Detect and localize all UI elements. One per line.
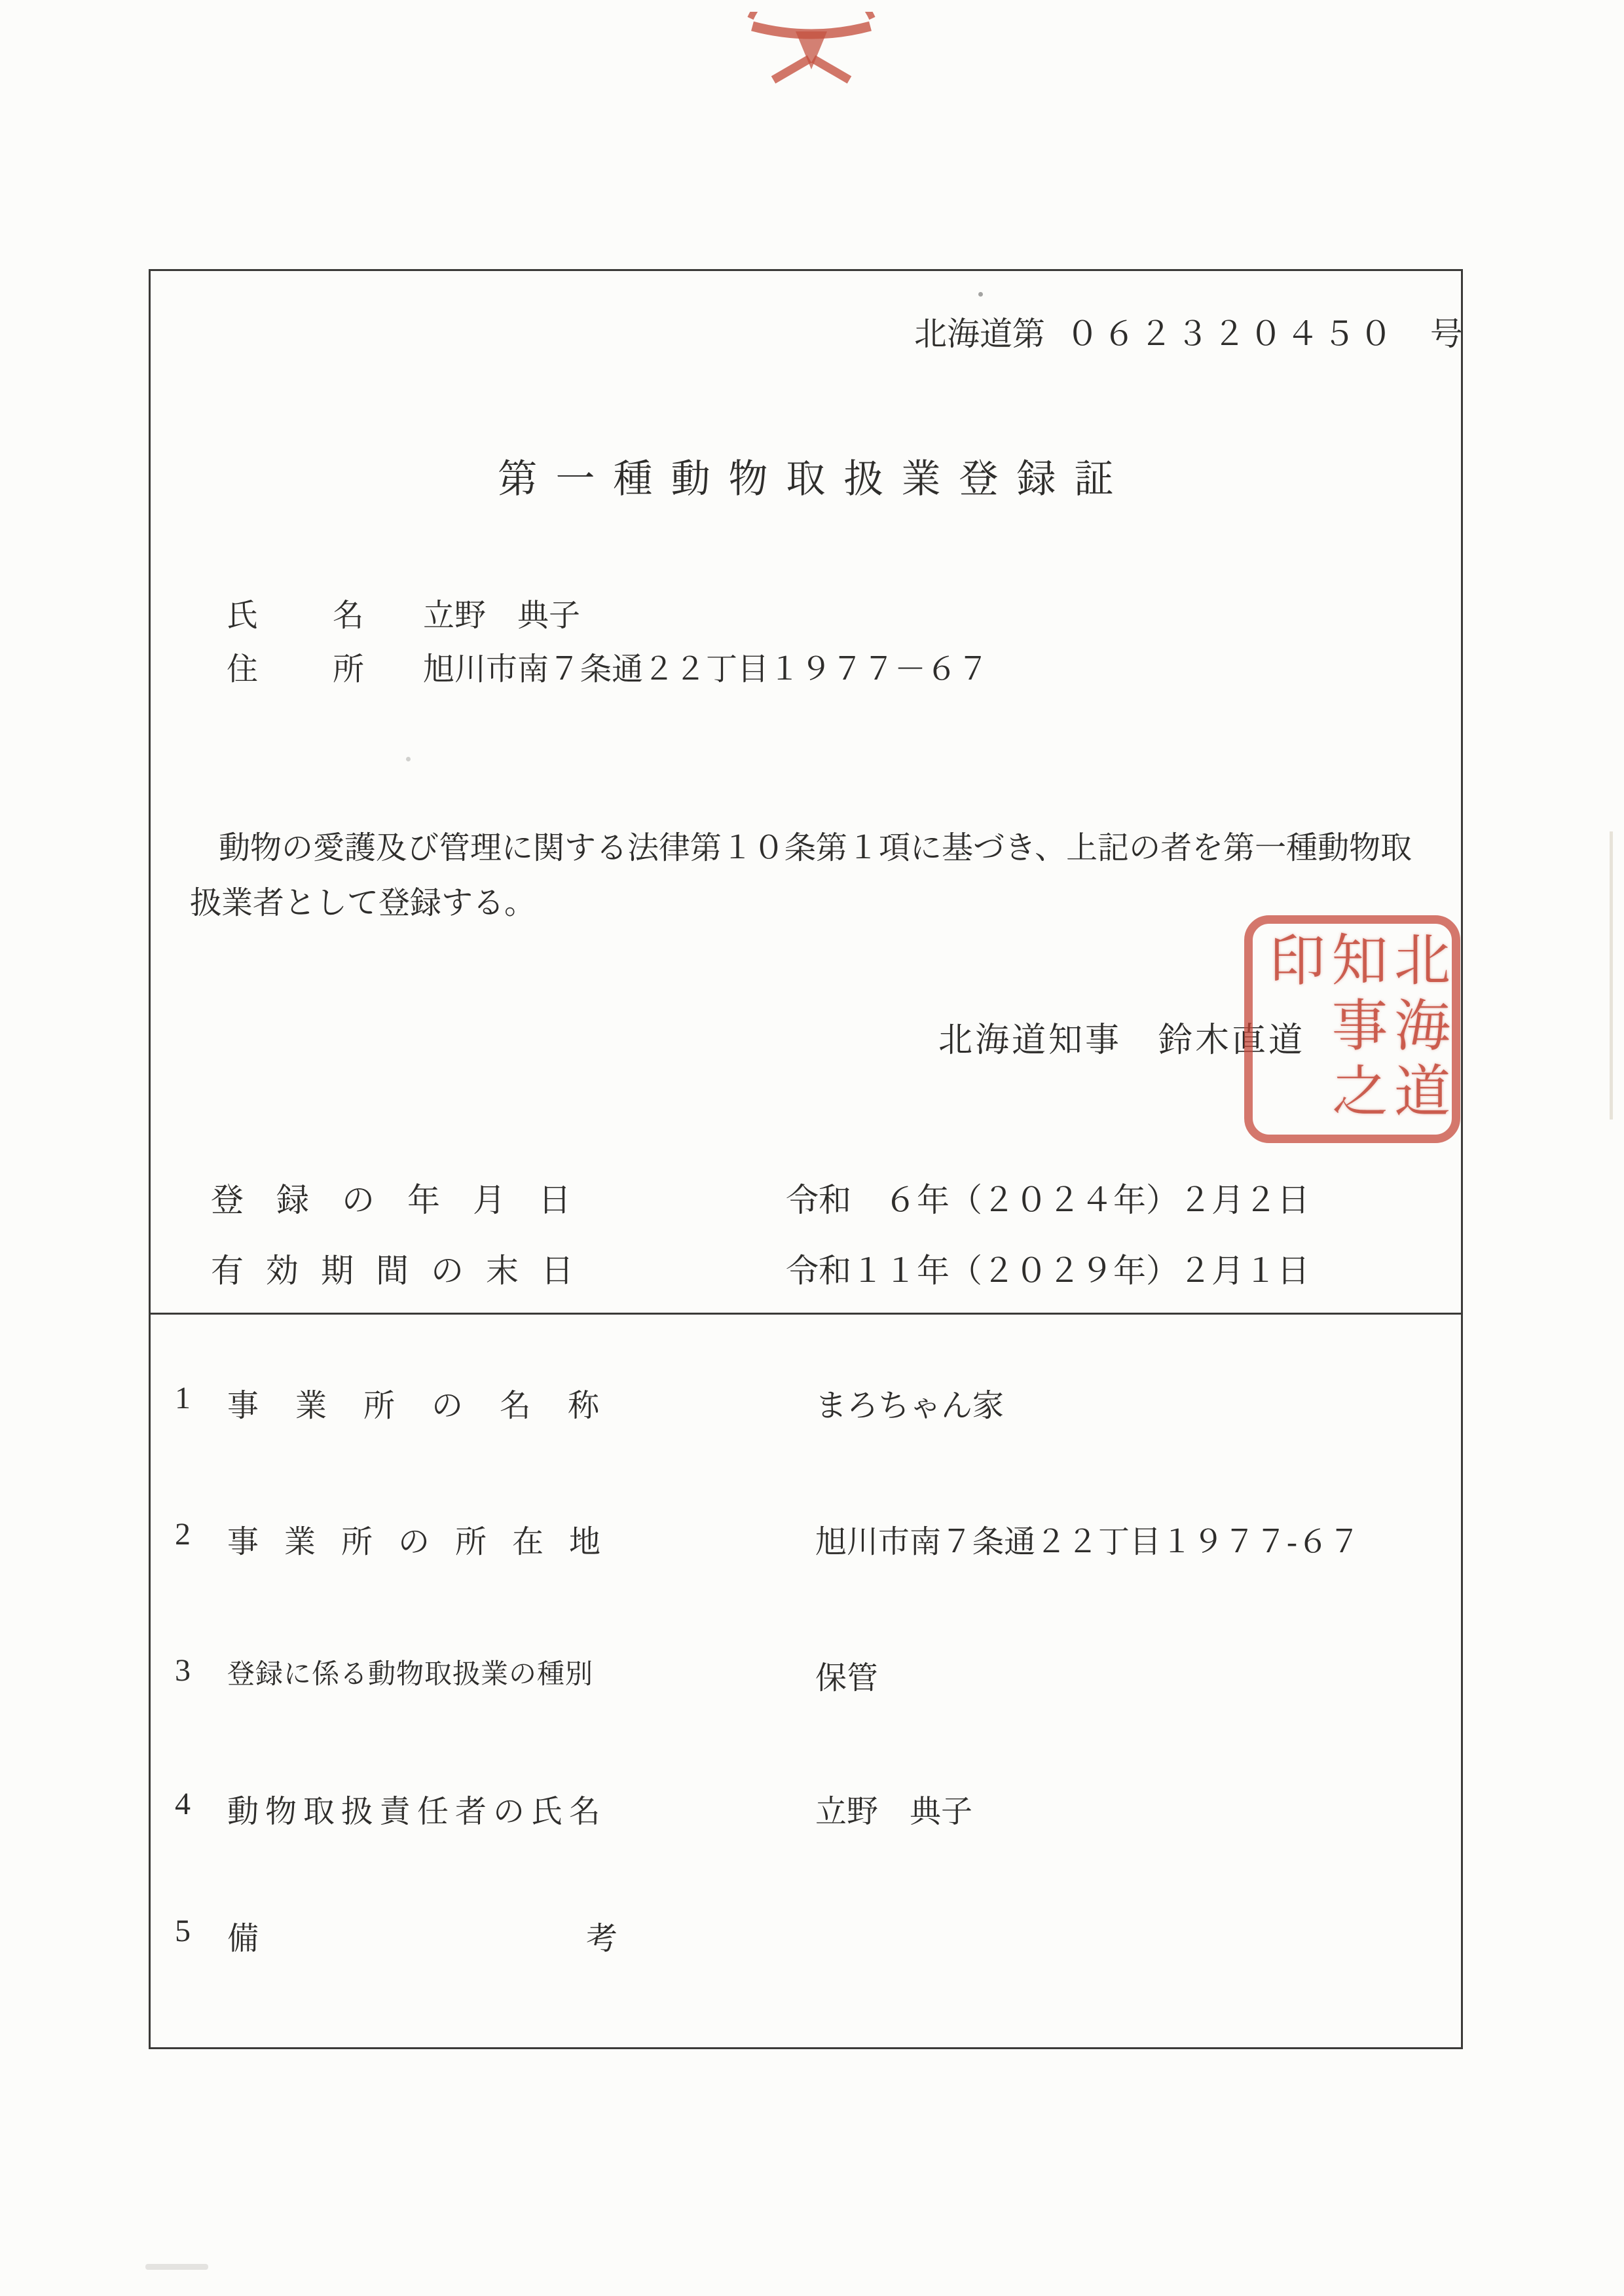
registration-date-value: 令和 ６年（２０２４年）２月２日 <box>786 1174 1310 1221</box>
item-2-value: 旭川市南７条通２２丁目１９７７-６７ <box>815 1516 1360 1561</box>
certificate-border <box>149 269 1463 2049</box>
item-1-number: 1 <box>175 1380 191 1416</box>
item-4-number: 4 <box>175 1786 191 1822</box>
document-number-region: 北海道第 <box>914 308 1045 355</box>
item-3-number: 3 <box>175 1652 191 1688</box>
name-value: 立野 典子 <box>423 590 580 635</box>
address-label-char-1: 住 <box>227 644 258 689</box>
hokkaido-emblem-stamp <box>747 12 876 120</box>
item-3-label: 登録に係る動物取扱業の種別 <box>227 1652 593 1692</box>
scan-edge-artifact <box>1610 831 1613 1120</box>
registration-date-label: 登録の年月日 <box>211 1174 604 1221</box>
statement-line-2: 扱業者として登録する。 <box>190 876 1412 931</box>
statement-line-1: 動物の愛護及び管理に関する法律第１０条第１項に基づき、上記の者を第一種動物取 <box>190 821 1412 876</box>
item-1-value: まろちゃん家 <box>815 1380 1004 1425</box>
governor-official-seal-stamp: 北海道知事之印 <box>1244 915 1460 1143</box>
scan-noise-dot <box>978 292 983 297</box>
name-label: 氏 名 <box>227 590 364 635</box>
item-5-label-head: 備 <box>227 1913 259 1958</box>
item-2-label: 事業所の所在地 <box>227 1516 626 1561</box>
certificate-title: 第一種動物取扱業登録証 <box>149 448 1463 504</box>
name-label-char-2: 名 <box>333 590 364 635</box>
expiry-date-label: 有効期間の末日 <box>211 1245 596 1292</box>
address-value: 旭川市南７条通２２丁目１９７７－６７ <box>423 644 989 689</box>
expiry-date-value: 令和１１年（２０２９年）２月１日 <box>786 1245 1310 1292</box>
item-5-number: 5 <box>175 1913 191 1949</box>
scanned-certificate-page: { "colors": { "ink": "#2e2d2b", "border"… <box>0 0 1624 2296</box>
section-divider-line <box>149 1313 1463 1315</box>
item-2-number: 2 <box>175 1516 191 1552</box>
item-4-label: 動物取扱責任者の氏名 <box>227 1786 607 1831</box>
document-number-line: 北海道第 ０６２３２０４５０ 号 <box>914 308 1463 355</box>
registration-statement: 動物の愛護及び管理に関する法律第１０条第１項に基づき、上記の者を第一種動物取 扱… <box>190 821 1412 931</box>
document-number-unit: 号 <box>1430 308 1463 355</box>
scan-smudge-artifact <box>145 2264 208 2270</box>
item-4-value: 立野 典子 <box>815 1786 972 1831</box>
item-3-value: 保管 <box>815 1652 878 1698</box>
address-label: 住 所 <box>227 644 364 689</box>
hokkaido-emblem-graphic <box>747 12 876 120</box>
address-label-char-2: 所 <box>333 644 364 689</box>
name-label-char-1: 氏 <box>227 590 258 635</box>
scan-noise-dot <box>406 757 411 761</box>
document-number-digits: ０６２３２０４５０ <box>1066 308 1396 355</box>
item-1-label: 事業所の名称 <box>227 1380 636 1425</box>
item-5-label-tail: 考 <box>586 1913 618 1958</box>
